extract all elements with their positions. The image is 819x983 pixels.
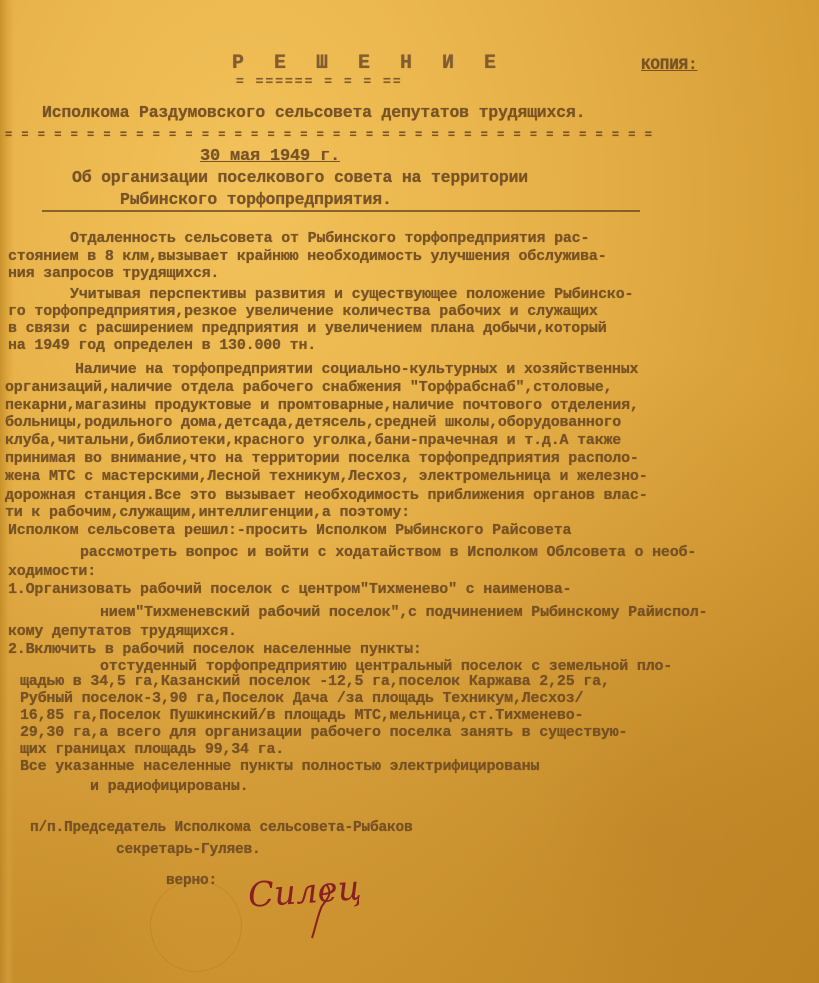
body-text-line: кому депутатов трудящихся.: [8, 623, 237, 640]
signature-tail-icon: [296, 880, 336, 940]
body-text-line: дорожная станция.Все это вызывает необхо…: [5, 487, 648, 504]
subject-line-2: Рыбинского торфопредприятия.: [120, 190, 392, 209]
body-text-line: ходимости:: [8, 563, 96, 580]
body-text-line: го торфопредприятия,резкое увеличение ко…: [8, 303, 598, 320]
document-title: Р Е Ш Е Н И Е: [232, 52, 505, 75]
body-text-line: принимая во внимание,что на территории п…: [5, 450, 639, 467]
document-date: 30 мая 1949 г.: [200, 147, 340, 166]
body-text-line: Отдаленность сельсовета от Рыбинского то…: [70, 230, 589, 247]
body-text-line: Наличие на торфопредприятии социально-ку…: [75, 361, 638, 378]
organization-line: Исполкома Раздумовского сельсовета депут…: [42, 103, 585, 122]
body-text-line: на 1949 год определен в 130.000 тн.: [8, 337, 316, 354]
body-text-line: Все указанные населенные пункты полность…: [20, 758, 539, 775]
chairman-line: п/п.Председатель Исполкома сельсовета-Ры…: [30, 820, 413, 836]
body-text-line: ти к рабочим,служащим,интеллигенции,а по…: [5, 504, 410, 521]
title-underline: = ====== = = = ==: [236, 74, 403, 89]
body-text-line: больницы,родильного дома,детсада,детясел…: [5, 414, 621, 431]
body-text-line: щих границах площадь 99,34 га.: [20, 741, 284, 758]
subject-line-1: Об организации поселкового совета на тер…: [72, 168, 528, 187]
body-text-line: пекарни,магазины продуктовые и промтовар…: [5, 397, 639, 414]
organization-underline: = = = = = = = = = = = = = = = = = = = = …: [5, 128, 653, 142]
body-text-line: Рубный поселок-3,90 га,Поселок Дача /за …: [20, 690, 583, 707]
body-text-line: стоянием в 8 клм,вызывает крайнюю необхо…: [8, 248, 607, 265]
body-text-line: организаций,наличие отдела рабочего снаб…: [5, 379, 612, 396]
copy-mark: КОПИЯ:: [641, 56, 697, 74]
secretary-line: секретарь-Гуляев.: [116, 842, 261, 858]
body-text-line: 2.Включить в рабочий поселок населенные …: [8, 641, 422, 658]
body-text-line: 29,30 га,а всего для организации рабочег…: [20, 724, 627, 741]
body-text-line: в связи с расширением предприятия и увел…: [8, 320, 607, 337]
body-text-line: Учитывая перспективы развития и существу…: [70, 286, 633, 303]
body-text-line: и радиофицированы.: [90, 778, 248, 795]
certified-label: верно:: [166, 873, 217, 889]
body-text-line: нием"Тихменевский рабочий поселок",с под…: [100, 604, 707, 621]
body-text-line: 16,85 га,Поселок Пушкинский/в площадь МТ…: [20, 707, 583, 724]
body-text-line: жена МТС с мастерскими,Лесной техникум,Л…: [5, 468, 648, 485]
body-text-line: клуба,читальни,библиотеки,красного уголк…: [5, 432, 621, 449]
body-text-line: рассмотреть вопрос и войти с ходатайство…: [80, 544, 696, 561]
body-text-line: щадью в 34,5 га,Казанский поселок -12,5 …: [20, 673, 610, 690]
faded-stamp: [150, 880, 242, 972]
body-text-line: Исполком сельсовета решил:-просить Испол…: [8, 522, 571, 539]
body-text-line: 1.Организовать рабочий поселок с центром…: [8, 581, 571, 598]
body-text-line: ния запросов трудящихся.: [8, 265, 219, 282]
subject-underline: [42, 210, 640, 212]
